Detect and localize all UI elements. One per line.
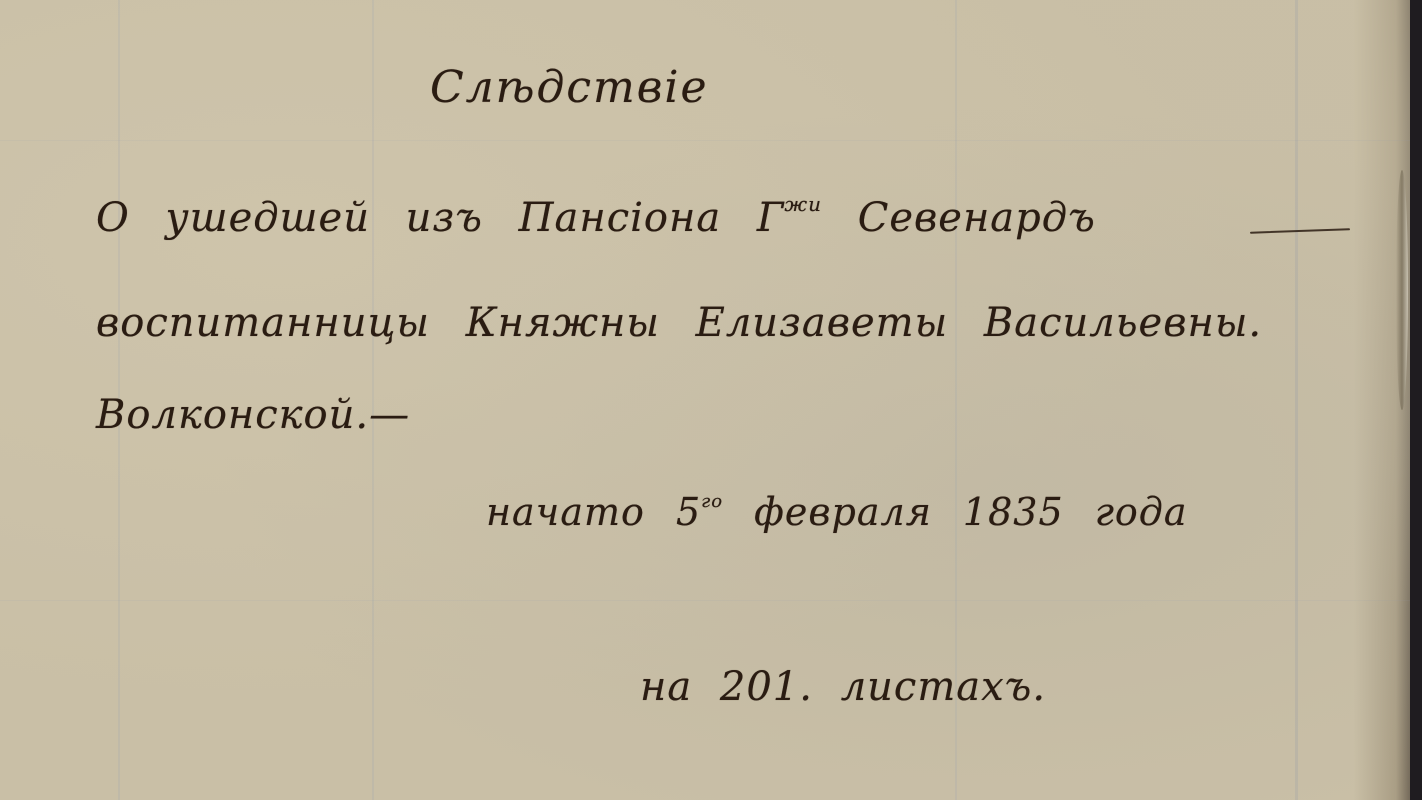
- pen-flourish: [1250, 228, 1350, 233]
- document-title: Слѣдствіе: [430, 62, 708, 113]
- paper-fold-line: [0, 140, 1410, 141]
- subject-line-1: О ушедшей изъ Пансіона Гжи Севенардъ: [96, 192, 1096, 241]
- subject-line-1-surname: Севенардъ: [822, 195, 1096, 241]
- paper-ruling-line: [1295, 0, 1298, 800]
- subject-line-1-superscript: жи: [784, 192, 822, 216]
- date-line-date: февраля 1835 года: [723, 490, 1187, 534]
- paper-fold-line: [0, 600, 1410, 601]
- subject-line-3: Волконской.—: [96, 392, 410, 438]
- subject-line-1-text: О ушедшей изъ Пансіона Г: [96, 195, 784, 241]
- scan-border: [1410, 0, 1422, 800]
- page-edge-curl: [1396, 170, 1408, 410]
- manuscript-page: Слѣдствіе О ушедшей изъ Пансіона Гжи Сев…: [0, 0, 1410, 800]
- date-line-superscript: го: [701, 491, 723, 512]
- sheet-count-line: на 201. листахъ.: [640, 664, 1046, 710]
- date-line: начато 5го февраля 1835 года: [486, 490, 1188, 534]
- subject-line-2: воспитанницы Княжны Елизаветы Васильевны…: [96, 300, 1262, 346]
- date-line-text: начато 5: [486, 490, 701, 534]
